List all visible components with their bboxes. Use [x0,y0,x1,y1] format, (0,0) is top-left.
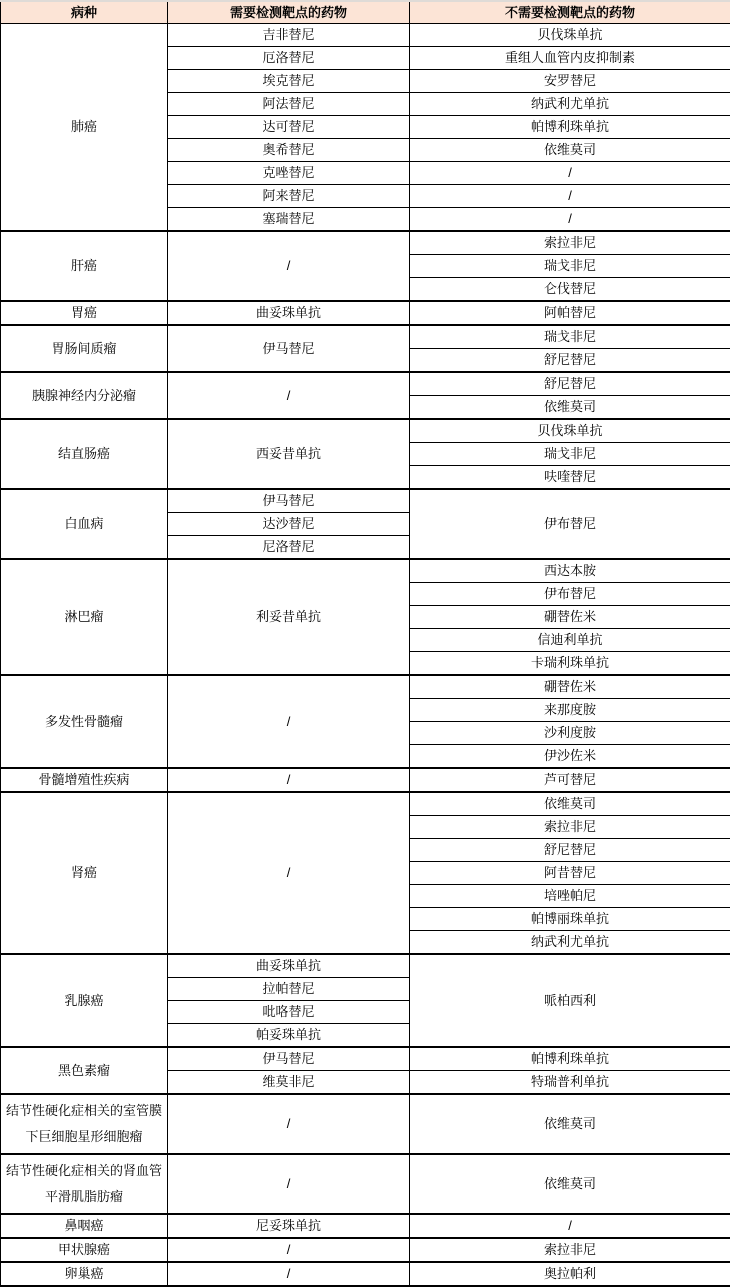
no-target-drug-cell: 纳武利尤单抗 [410,931,730,955]
table-row: 白血病伊马替尼伊布替尼 [1,489,730,513]
disease-cell: 胃肠间质瘤 [1,325,168,372]
no-target-drug-cell: 硼替佐米 [410,606,730,629]
disease-cell: 结直肠癌 [1,419,168,489]
need-target-drug-cell: 吡咯替尼 [168,1001,410,1024]
need-target-drug-cell: 克唑替尼 [168,162,410,185]
table-row: 乳腺癌曲妥珠单抗哌柏西利 [1,954,730,978]
no-target-drug-cell: 卡瑞利珠单抗 [410,652,730,676]
need-target-drug-cell: / [168,768,410,792]
no-target-drug-cell: 舒尼替尼 [410,372,730,396]
disease-cell: 淋巴瘤 [1,559,168,675]
no-target-drug-cell: 培唑帕尼 [410,885,730,908]
no-target-drug-cell: 瑞戈非尼 [410,443,730,466]
disease-cell: 多发性骨髓瘤 [1,675,168,768]
need-target-drug-cell: 埃克替尼 [168,70,410,93]
table-row: 卵巢癌/奥拉帕利 [1,1262,730,1286]
no-target-drug-cell: 纳武利尤单抗 [410,93,730,116]
need-target-drug-cell: 达可替尼 [168,116,410,139]
no-target-drug-cell: 依维莫司 [410,792,730,816]
need-target-drug-cell: / [168,1094,410,1154]
table-row: 结节性硬化症相关的肾血管平滑肌脂肪瘤/依维莫司 [1,1154,730,1214]
no-target-drug-cell: 瑞戈非尼 [410,325,730,349]
disease-cell: 结节性硬化症相关的肾血管平滑肌脂肪瘤 [1,1154,168,1214]
no-target-drug-cell: 哌柏西利 [410,954,730,1047]
table-row: 肾癌/依维莫司 [1,792,730,816]
no-target-drug-cell: 沙利度胺 [410,722,730,745]
disease-cell: 胃癌 [1,301,168,325]
disease-cell: 胰腺神经内分泌瘤 [1,372,168,419]
table-row: 结直肠癌西妥昔单抗贝伐珠单抗 [1,419,730,443]
no-target-drug-cell: 奥拉帕利 [410,1262,730,1286]
col-header-need-target: 需要检测靶点的药物 [168,1,410,24]
no-target-drug-cell: 索拉非尼 [410,1238,730,1262]
no-target-drug-cell: 信迪利单抗 [410,629,730,652]
need-target-drug-cell: 阿来替尼 [168,185,410,208]
no-target-drug-cell: 硼替佐米 [410,675,730,699]
no-target-drug-cell: 重组人血管内皮抑制素 [410,47,730,70]
need-target-drug-cell: / [168,675,410,768]
need-target-drug-cell: 帕妥珠单抗 [168,1024,410,1048]
drug-target-table: 病种 需要检测靶点的药物 不需要检测靶点的药物 肺癌吉非替尼贝伐珠单抗厄洛替尼重… [0,0,730,1287]
no-target-drug-cell: / [410,185,730,208]
table-body: 肺癌吉非替尼贝伐珠单抗厄洛替尼重组人血管内皮抑制素埃克替尼安罗替尼阿法替尼纳武利… [1,24,730,1287]
disease-cell: 肾癌 [1,792,168,954]
table-row: 骨髓增殖性疾病/芦可替尼 [1,768,730,792]
need-target-drug-cell: 西妥昔单抗 [168,419,410,489]
table-row: 胃肠间质瘤伊马替尼瑞戈非尼 [1,325,730,349]
no-target-drug-cell: 瑞戈非尼 [410,255,730,278]
disease-cell: 黑色素瘤 [1,1047,168,1094]
need-target-drug-cell: 伊马替尼 [168,325,410,372]
disease-cell: 肺癌 [1,24,168,232]
disease-cell: 白血病 [1,489,168,559]
no-target-drug-cell: 舒尼替尼 [410,349,730,373]
no-target-drug-cell: 帕博利珠单抗 [410,116,730,139]
need-target-drug-cell: 利妥昔单抗 [168,559,410,675]
need-target-drug-cell: 拉帕替尼 [168,978,410,1001]
need-target-drug-cell: 尼洛替尼 [168,536,410,560]
no-target-drug-cell: 依维莫司 [410,1154,730,1214]
need-target-drug-cell: 阿法替尼 [168,93,410,116]
no-target-drug-cell: 伊布替尼 [410,489,730,559]
table-row: 黑色素瘤伊马替尼帕博利珠单抗 [1,1047,730,1071]
no-target-drug-cell: 呋喹替尼 [410,466,730,490]
need-target-drug-cell: 奥希替尼 [168,139,410,162]
need-target-drug-cell: / [168,1154,410,1214]
no-target-drug-cell: 特瑞普利单抗 [410,1071,730,1095]
table-row: 甲状腺癌/索拉非尼 [1,1238,730,1262]
need-target-drug-cell: / [168,1238,410,1262]
need-target-drug-cell: 厄洛替尼 [168,47,410,70]
no-target-drug-cell: 伊布替尼 [410,583,730,606]
table-row: 鼻咽癌尼妥珠单抗/ [1,1214,730,1238]
table-row: 肝癌/索拉非尼 [1,231,730,255]
no-target-drug-cell: 索拉非尼 [410,816,730,839]
no-target-drug-cell: 索拉非尼 [410,231,730,255]
table-row: 结节性硬化症相关的室管膜下巨细胞星形细胞瘤/依维莫司 [1,1094,730,1154]
need-target-drug-cell: 伊马替尼 [168,489,410,513]
no-target-drug-cell: 西达本胺 [410,559,730,583]
no-target-drug-cell: / [410,1214,730,1238]
need-target-drug-cell: / [168,792,410,954]
table-row: 多发性骨髓瘤/硼替佐米 [1,675,730,699]
no-target-drug-cell: 贝伐珠单抗 [410,419,730,443]
need-target-drug-cell: / [168,372,410,419]
disease-cell: 鼻咽癌 [1,1214,168,1238]
need-target-drug-cell: 曲妥珠单抗 [168,301,410,325]
need-target-drug-cell: 达沙替尼 [168,513,410,536]
need-target-drug-cell: 维莫非尼 [168,1071,410,1095]
need-target-drug-cell: 塞瑞替尼 [168,208,410,232]
disease-cell: 乳腺癌 [1,954,168,1047]
no-target-drug-cell: 帕博利珠单抗 [410,1047,730,1071]
no-target-drug-cell: 阿帕替尼 [410,301,730,325]
table-header: 病种 需要检测靶点的药物 不需要检测靶点的药物 [1,1,730,24]
disease-cell: 结节性硬化症相关的室管膜下巨细胞星形细胞瘤 [1,1094,168,1154]
disease-cell: 卵巢癌 [1,1262,168,1286]
no-target-drug-cell: 阿昔替尼 [410,862,730,885]
no-target-drug-cell: 依维莫司 [410,396,730,420]
no-target-drug-cell: 伊沙佐米 [410,745,730,769]
disease-cell: 甲状腺癌 [1,1238,168,1262]
no-target-drug-cell: 依维莫司 [410,1094,730,1154]
no-target-drug-cell: 安罗替尼 [410,70,730,93]
no-target-drug-cell: / [410,208,730,232]
col-header-disease: 病种 [1,1,168,24]
no-target-drug-cell: / [410,162,730,185]
no-target-drug-cell: 依维莫司 [410,139,730,162]
no-target-drug-cell: 仑伐替尼 [410,278,730,302]
disease-cell: 肝癌 [1,231,168,301]
no-target-drug-cell: 帕博丽珠单抗 [410,908,730,931]
need-target-drug-cell: 吉非替尼 [168,24,410,47]
no-target-drug-cell: 来那度胺 [410,699,730,722]
no-target-drug-cell: 芦可替尼 [410,768,730,792]
need-target-drug-cell: 尼妥珠单抗 [168,1214,410,1238]
need-target-drug-cell: 曲妥珠单抗 [168,954,410,978]
need-target-drug-cell: / [168,231,410,301]
drug-target-table-container: 病种 需要检测靶点的药物 不需要检测靶点的药物 肺癌吉非替尼贝伐珠单抗厄洛替尼重… [0,0,730,1287]
need-target-drug-cell: / [168,1262,410,1286]
table-row: 肺癌吉非替尼贝伐珠单抗 [1,24,730,47]
no-target-drug-cell: 贝伐珠单抗 [410,24,730,47]
col-header-no-target: 不需要检测靶点的药物 [410,1,730,24]
table-row: 胰腺神经内分泌瘤/舒尼替尼 [1,372,730,396]
table-row: 淋巴瘤利妥昔单抗西达本胺 [1,559,730,583]
disease-cell: 骨髓增殖性疾病 [1,768,168,792]
table-row: 胃癌曲妥珠单抗阿帕替尼 [1,301,730,325]
need-target-drug-cell: 伊马替尼 [168,1047,410,1071]
no-target-drug-cell: 舒尼替尼 [410,839,730,862]
header-row: 病种 需要检测靶点的药物 不需要检测靶点的药物 [1,1,730,24]
